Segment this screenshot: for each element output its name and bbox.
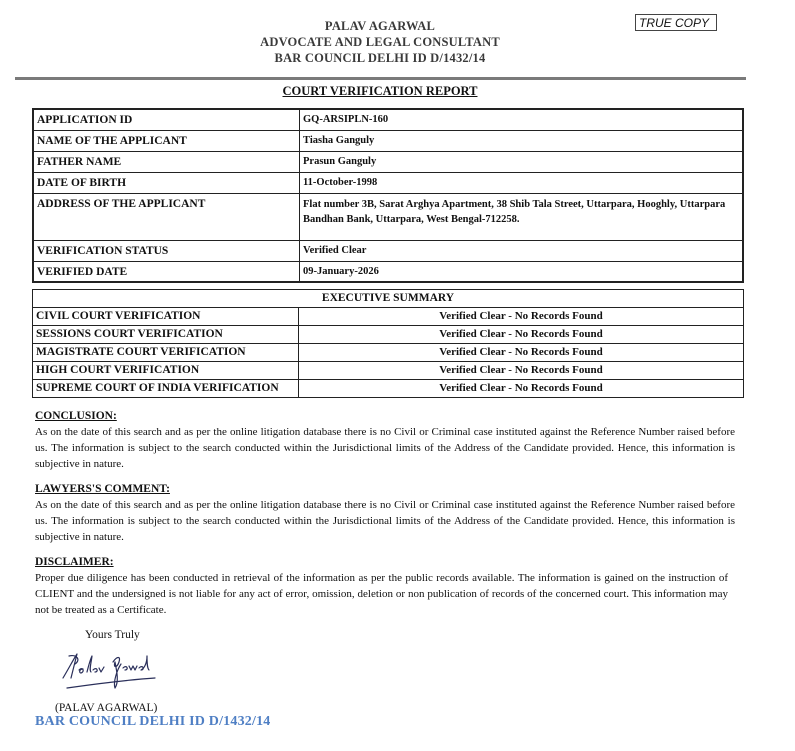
court-result: Verified Clear - No Records Found — [299, 326, 744, 344]
summary-heading: EXECUTIVE SUMMARY — [33, 290, 744, 308]
field-label: VERIFICATION STATUS — [33, 240, 300, 261]
field-value: Verified Clear — [300, 240, 744, 261]
table-row: CIVIL COURT VERIFICATION Verified Clear … — [33, 308, 744, 326]
table-row: MAGISTRATE COURT VERIFICATION Verified C… — [33, 344, 744, 362]
disclaimer-section: DISCLAIMER: Proper due diligence has bee… — [35, 554, 728, 618]
bar-council-id: BAR COUNCIL DELHI ID D/1432/14 — [15, 50, 745, 66]
court-label: MAGISTRATE COURT VERIFICATION — [33, 344, 299, 362]
field-value: GQ-ARSIPLN-160 — [300, 109, 744, 130]
table-row: APPLICATION ID GQ-ARSIPLN-160 — [33, 109, 743, 130]
true-copy-stamp: TRUE COPY — [635, 14, 717, 31]
table-row: SESSIONS COURT VERIFICATION Verified Cle… — [33, 326, 744, 344]
court-label: HIGH COURT VERIFICATION — [33, 362, 299, 380]
closing-text: Yours Truly — [85, 629, 140, 641]
table-row: SUPREME COURT OF INDIA VERIFICATION Veri… — [33, 380, 744, 398]
field-value: Flat number 3B, Sarat Arghya Apartment, … — [300, 193, 744, 240]
lawyers-comment-heading: LAWYERS'S COMMENT: — [35, 481, 735, 497]
signatory-name: (PALAV AGARWAL) — [55, 702, 157, 714]
table-row: FATHER NAME Prasun Ganguly — [33, 151, 743, 172]
disclaimer-text: Proper due diligence has been conducted … — [35, 570, 728, 618]
conclusion-text: As on the date of this search and as per… — [35, 424, 735, 472]
applicant-info-table: APPLICATION ID GQ-ARSIPLN-160 NAME OF TH… — [32, 108, 744, 283]
report-title: COURT VERIFICATION REPORT — [0, 84, 760, 99]
signatory-bar-id: BAR COUNCIL DELHI ID D/1432/14 — [35, 714, 270, 730]
table-row: HIGH COURT VERIFICATION Verified Clear -… — [33, 362, 744, 380]
field-value: 11-October-1998 — [300, 172, 744, 193]
table-row: NAME OF THE APPLICANT Tiasha Ganguly — [33, 130, 743, 151]
table-row: ADDRESS OF THE APPLICANT Flat number 3B,… — [33, 193, 743, 240]
field-label: FATHER NAME — [33, 151, 300, 172]
field-label: DATE OF BIRTH — [33, 172, 300, 193]
court-result: Verified Clear - No Records Found — [299, 344, 744, 362]
table-row: VERIFICATION STATUS Verified Clear — [33, 240, 743, 261]
field-label: NAME OF THE APPLICANT — [33, 130, 300, 151]
disclaimer-heading: DISCLAIMER: — [35, 554, 728, 570]
executive-summary-table: EXECUTIVE SUMMARY CIVIL COURT VERIFICATI… — [32, 289, 744, 398]
advocate-title: ADVOCATE AND LEGAL CONSULTANT — [15, 34, 745, 50]
conclusion-section: CONCLUSION: As on the date of this searc… — [35, 408, 735, 472]
court-result: Verified Clear - No Records Found — [299, 362, 744, 380]
header-divider — [15, 77, 746, 80]
field-value: Prasun Ganguly — [300, 151, 744, 172]
field-label: VERIFIED DATE — [33, 261, 300, 282]
lawyers-comment-text: As on the date of this search and as per… — [35, 497, 735, 545]
table-row: DATE OF BIRTH 11-October-1998 — [33, 172, 743, 193]
field-value: Tiasha Ganguly — [300, 130, 744, 151]
field-label: APPLICATION ID — [33, 109, 300, 130]
table-row: VERIFIED DATE 09-January-2026 — [33, 261, 743, 282]
court-label: SUPREME COURT OF INDIA VERIFICATION — [33, 380, 299, 398]
signature-icon — [55, 648, 165, 694]
conclusion-heading: CONCLUSION: — [35, 408, 735, 424]
table-header-row: EXECUTIVE SUMMARY — [33, 290, 744, 308]
court-label: CIVIL COURT VERIFICATION — [33, 308, 299, 326]
court-label: SESSIONS COURT VERIFICATION — [33, 326, 299, 344]
lawyers-comment-section: LAWYERS'S COMMENT: As on the date of thi… — [35, 481, 735, 545]
field-label: ADDRESS OF THE APPLICANT — [33, 193, 300, 240]
court-result: Verified Clear - No Records Found — [299, 308, 744, 326]
field-value: 09-January-2026 — [300, 261, 744, 282]
court-result: Verified Clear - No Records Found — [299, 380, 744, 398]
